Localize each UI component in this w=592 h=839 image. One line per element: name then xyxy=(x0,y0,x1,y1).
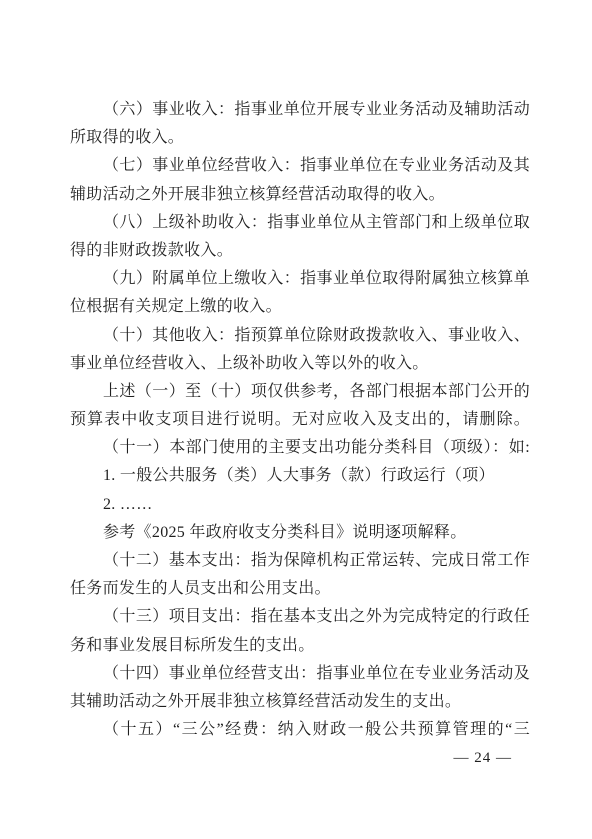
text-line: 务和事业发展目标所发生的支出。 xyxy=(70,632,530,660)
text-line: （六）事业收入：指事业单位开展专业业务活动及辅助活动 xyxy=(70,96,530,124)
text-line: （十二）基本支出：指为保障机构正常运转、完成日常工作 xyxy=(70,547,530,575)
text-line: 参考《2025 年政府收支分类科目》说明逐项解释。 xyxy=(70,519,530,547)
document-body: （六）事业收入：指事业单位开展专业业务活动及辅助活动所取得的收入。（七）事业单位… xyxy=(70,96,530,744)
text-line: （十）其他收入：指预算单位除财政拨款收入、事业收入、 xyxy=(70,322,530,350)
text-line: （八）上级补助收入：指事业单位从主管部门和上级单位取 xyxy=(70,209,530,237)
text-line: 2. …… xyxy=(70,491,530,519)
text-line: 预算表中收支项目进行说明。无对应收入及支出的，请删除。 xyxy=(70,406,530,434)
document-page: （六）事业收入：指事业单位开展专业业务活动及辅助活动所取得的收入。（七）事业单位… xyxy=(0,0,592,839)
text-line: 位根据有关规定上缴的收入。 xyxy=(70,293,530,321)
text-line: （十四）事业单位经营支出：指事业单位在专业业务活动及 xyxy=(70,660,530,688)
text-line: 其辅助活动之外开展非独立核算经营活动发生的支出。 xyxy=(70,688,530,716)
text-line: （七）事业单位经营收入：指事业单位在专业业务活动及其 xyxy=(70,152,530,180)
text-line: 上述（一）至（十）项仅供参考，各部门根据本部门公开的 xyxy=(70,378,530,406)
text-line: （十五）“三公”经费：纳入财政一般公共预算管理的“三 xyxy=(70,716,530,744)
text-line: 任务而发生的人员支出和公用支出。 xyxy=(70,575,530,603)
text-line: （十三）项目支出：指在基本支出之外为完成特定的行政任 xyxy=(70,603,530,631)
text-line: 辅助活动之外开展非独立核算经营活动取得的收入。 xyxy=(70,181,530,209)
page-number: — 24 — xyxy=(454,750,513,767)
text-line: 1. 一般公共服务（类）人大事务（款）行政运行（项） xyxy=(70,462,530,490)
text-line: 事业单位经营收入、上级补助收入等以外的收入。 xyxy=(70,350,530,378)
text-line: （九）附属单位上缴收入：指事业单位取得附属独立核算单 xyxy=(70,265,530,293)
text-line: 所取得的收入。 xyxy=(70,124,530,152)
text-line: （十一）本部门使用的主要支出功能分类科目（项级）：如: xyxy=(70,434,530,462)
text-line: 得的非财政拨款收入。 xyxy=(70,237,530,265)
